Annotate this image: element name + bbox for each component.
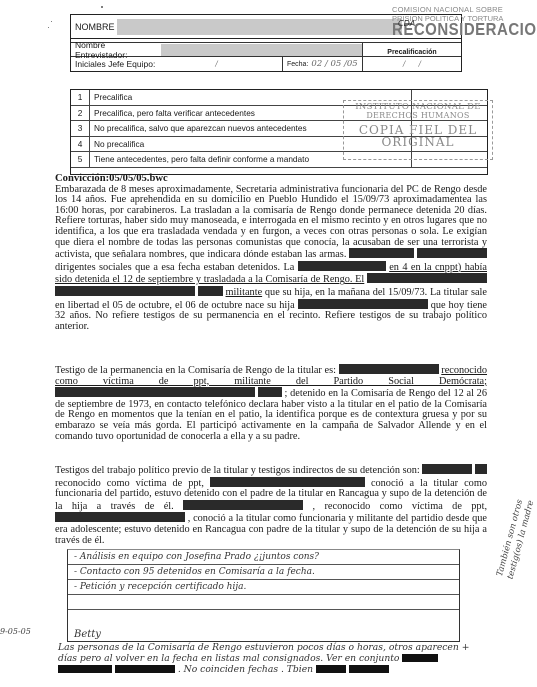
precalificacion-label: Precalificación: [387, 49, 436, 56]
scan-speck: [51, 21, 52, 22]
indh-stamp-line3: COPIA FIEL DEL: [344, 124, 492, 136]
indh-copy-stamp: INSTITUTO NACIONAL DE DERECHOS HUMANOS C…: [343, 100, 493, 160]
scan-speck: [48, 27, 49, 28]
bottom-note-text-2: . No coinciden fechas . Tbien: [178, 664, 313, 675]
redacted-block: [210, 477, 365, 487]
p2-text-a: Testigo de la permanencia en la Comisarí…: [55, 365, 336, 376]
option-number: 1: [71, 90, 90, 105]
date-label: Fecha:: [287, 61, 308, 68]
redacted-block: [55, 286, 195, 296]
redacted-block: [55, 512, 185, 522]
redacted-block: [339, 364, 439, 374]
redacted-block: [475, 464, 487, 474]
p3-text-b: reconocido como víctima de ppt,: [55, 478, 204, 489]
redacted-block: [298, 299, 428, 309]
redacted-block: [349, 665, 389, 673]
option-number: 4: [71, 137, 90, 152]
precalificacion-value: / /: [403, 60, 421, 68]
team-lead-value: /: [215, 60, 217, 68]
redacted-block: [258, 387, 282, 397]
redacted-block: [316, 665, 346, 673]
p1-text-e: que su hija, en la mañana del 15/09/73.: [265, 287, 427, 298]
note-date: 9-05-05: [0, 627, 31, 636]
conviccion-paragraph-1: Embarazada de 8 meses aproximadamente, S…: [55, 185, 487, 333]
interviewer-row: Nombre Entrevistador: Precalificación: [71, 43, 461, 57]
redacted-block: [402, 654, 438, 662]
handwritten-notes-table: - Análisis en equipo con Josefina Prado …: [67, 549, 460, 642]
indh-stamp-line4: ORIGINAL: [344, 136, 492, 148]
handwritten-code: CDA: [398, 19, 415, 28]
date-value: 02 / 05 /05: [311, 59, 357, 69]
conviccion-section: Convicción:05/05/05.bwc Embarazada de 8 …: [55, 174, 487, 332]
redacted-block: [115, 665, 175, 673]
indh-stamp-line2: DERECHOS HUMANOS: [344, 112, 492, 120]
redacted-block: [58, 665, 112, 673]
note-row: [68, 595, 459, 610]
p1-text-b: dirigentes sociales que a esa fecha esta…: [55, 262, 294, 273]
testigo-permanencia-paragraph: Testigo de la permanencia en la Comisarí…: [55, 364, 487, 442]
redacted-block: [55, 387, 255, 397]
team-lead-label: Iniciales Jefe Equipo:: [75, 59, 155, 69]
redacted-block: [198, 286, 223, 296]
testigos-trabajo-paragraph: Testigos del trabajo político previo de …: [55, 464, 487, 546]
note-row: - Análisis en equipo con Josefina Prado …: [68, 550, 459, 565]
note-row: - Contacto con 95 detenidos en Comisaría…: [68, 565, 459, 580]
redacted-block: [417, 248, 487, 258]
p3-text-d: , reconocido como víctima de ppt,: [313, 501, 487, 512]
redacted-block: [422, 464, 472, 474]
redacted-block: [367, 273, 487, 283]
redacted-block: [298, 261, 386, 271]
note-signature-row: Betty: [68, 610, 459, 640]
name-redacted-field: [117, 19, 402, 35]
redacted-block: [349, 248, 414, 258]
name-label: NOMBRE: [75, 22, 115, 32]
comision-stamp-line1: COMISION NACIONAL SOBRE: [392, 6, 537, 14]
p3-text-a: Testigos del trabajo político previo de …: [55, 465, 420, 476]
team-lead-row: Iniciales Jefe Equipo: / Fecha: 02 / 05 …: [71, 57, 461, 71]
redacted-block: [183, 500, 303, 510]
interviewer-redacted-field: [161, 44, 362, 56]
handwritten-bottom-note: Las personas de la Comisaría de Rengo es…: [58, 642, 478, 675]
p1-text-d: militante: [226, 287, 263, 298]
scan-speck: [101, 6, 103, 8]
note-row: - Petición y recepción certificado hija.: [68, 580, 459, 595]
vertical-margin-note: También son otros testig(os) la madre: [495, 469, 537, 586]
option-number: 2: [71, 106, 90, 121]
option-number: 3: [71, 121, 90, 136]
option-number: 5: [71, 152, 90, 167]
